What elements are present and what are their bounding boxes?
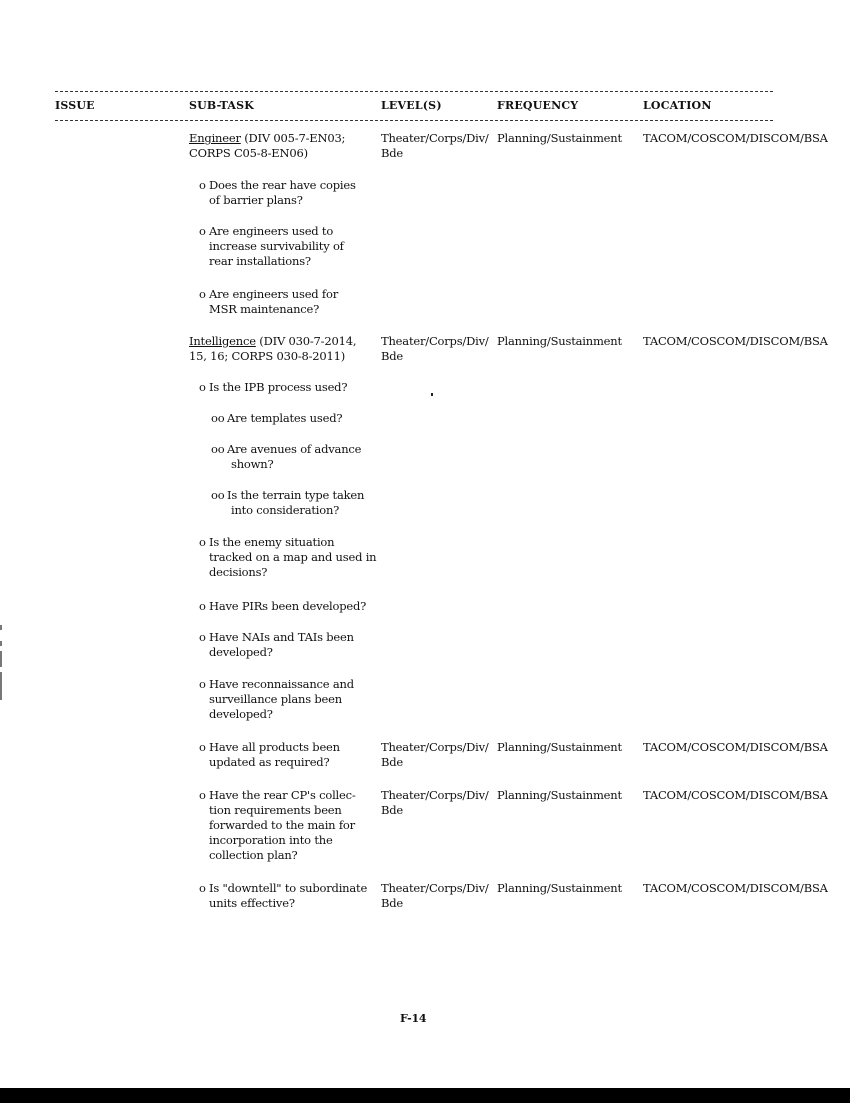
bullet-icon: o (199, 287, 209, 302)
header-levels: LEVEL(S) (381, 98, 442, 113)
location-intelligence: TACOM/COSCOM/DISCOM/BSA (643, 334, 843, 349)
bullet-icon: o (199, 788, 209, 803)
header-frequency: FREQUENCY (497, 98, 578, 113)
section-title-engineer: Engineer (189, 131, 241, 145)
frequency-intelligence: Planning/Sustainment (497, 334, 637, 349)
frequency-item: Planning/Sustainment (497, 788, 637, 803)
sub-bullet-icon: oo (211, 442, 227, 457)
levels-item: Theater/Corps/Div/ Bde (381, 740, 491, 770)
list-item: oDoes the rear have copies of barrier pl… (199, 178, 389, 208)
levels-engineer: Theater/Corps/Div/ Bde (381, 131, 491, 161)
location-item: TACOM/COSCOM/DISCOM/BSA (643, 881, 843, 896)
bullet-icon: o (199, 178, 209, 193)
location-engineer: TACOM/COSCOM/DISCOM/BSA (643, 131, 843, 146)
bullet-icon: o (199, 881, 209, 896)
location-item: TACOM/COSCOM/DISCOM/BSA (643, 788, 843, 803)
scan-speck (431, 393, 433, 396)
scan-edge-mark (0, 672, 2, 700)
bullet-icon: o (199, 380, 209, 395)
frequency-item: Planning/Sustainment (497, 740, 637, 755)
frequency-engineer: Planning/Sustainment (497, 131, 637, 146)
scan-edge-mark (0, 641, 2, 646)
levels-intelligence: Theater/Corps/Div/ Bde (381, 334, 491, 364)
page-number: F-14 (400, 1011, 426, 1026)
scan-bottom-band (0, 1088, 850, 1103)
list-item: oIs the IPB process used? (199, 380, 389, 395)
location-item: TACOM/COSCOM/DISCOM/BSA (643, 740, 843, 755)
list-item: oAre engineers used for MSR maintenance? (199, 287, 389, 317)
sub-bullet-icon: oo (211, 488, 227, 503)
levels-item: Theater/Corps/Div/ Bde (381, 881, 491, 911)
list-item: oHave PIRs been developed? (199, 599, 389, 614)
bullet-icon: o (199, 677, 209, 692)
frequency-item: Planning/Sustainment (497, 881, 637, 896)
bullet-icon: o (199, 535, 209, 550)
list-item-sub: ooAre templates used? (211, 411, 391, 426)
subtask-engineer: Engineer (DIV 005-7-EN03; CORPS C05-8-EN… (189, 131, 379, 161)
header-subtask: SUB-TASK (189, 98, 254, 113)
list-item: oHave all products been updated as requi… (199, 740, 389, 770)
sub-bullet-icon: oo (211, 411, 227, 426)
bullet-icon: o (199, 740, 209, 755)
list-item: oAre engineers used to increase survivab… (199, 224, 389, 269)
list-item: oIs "downtell" to subordinate units effe… (199, 881, 389, 911)
list-item: oHave the rear CP's collec- tion require… (199, 788, 389, 863)
list-item-sub: ooIs the terrain type taken into conside… (211, 488, 391, 518)
bullet-icon: o (199, 599, 209, 614)
header-location: LOCATION (643, 98, 712, 113)
header-issue: ISSUE (55, 98, 95, 113)
list-item-sub: ooAre avenues of advance shown? (211, 442, 391, 472)
list-item: oHave reconnaissance and surveillance pl… (199, 677, 389, 722)
scan-edge-mark (0, 625, 2, 630)
top-rule (55, 91, 773, 92)
list-item: oHave NAIs and TAIs been developed? (199, 630, 389, 660)
scan-edge-mark (0, 651, 2, 667)
list-item: oIs the enemy situation tracked on a map… (199, 535, 389, 580)
subtask-intelligence: Intelligence (DIV 030-7-2014, 15, 16; CO… (189, 334, 379, 364)
section-title-intelligence: Intelligence (189, 334, 256, 348)
header-rule (55, 120, 773, 121)
bullet-icon: o (199, 224, 209, 239)
levels-item: Theater/Corps/Div/ Bde (381, 788, 491, 818)
bullet-icon: o (199, 630, 209, 645)
